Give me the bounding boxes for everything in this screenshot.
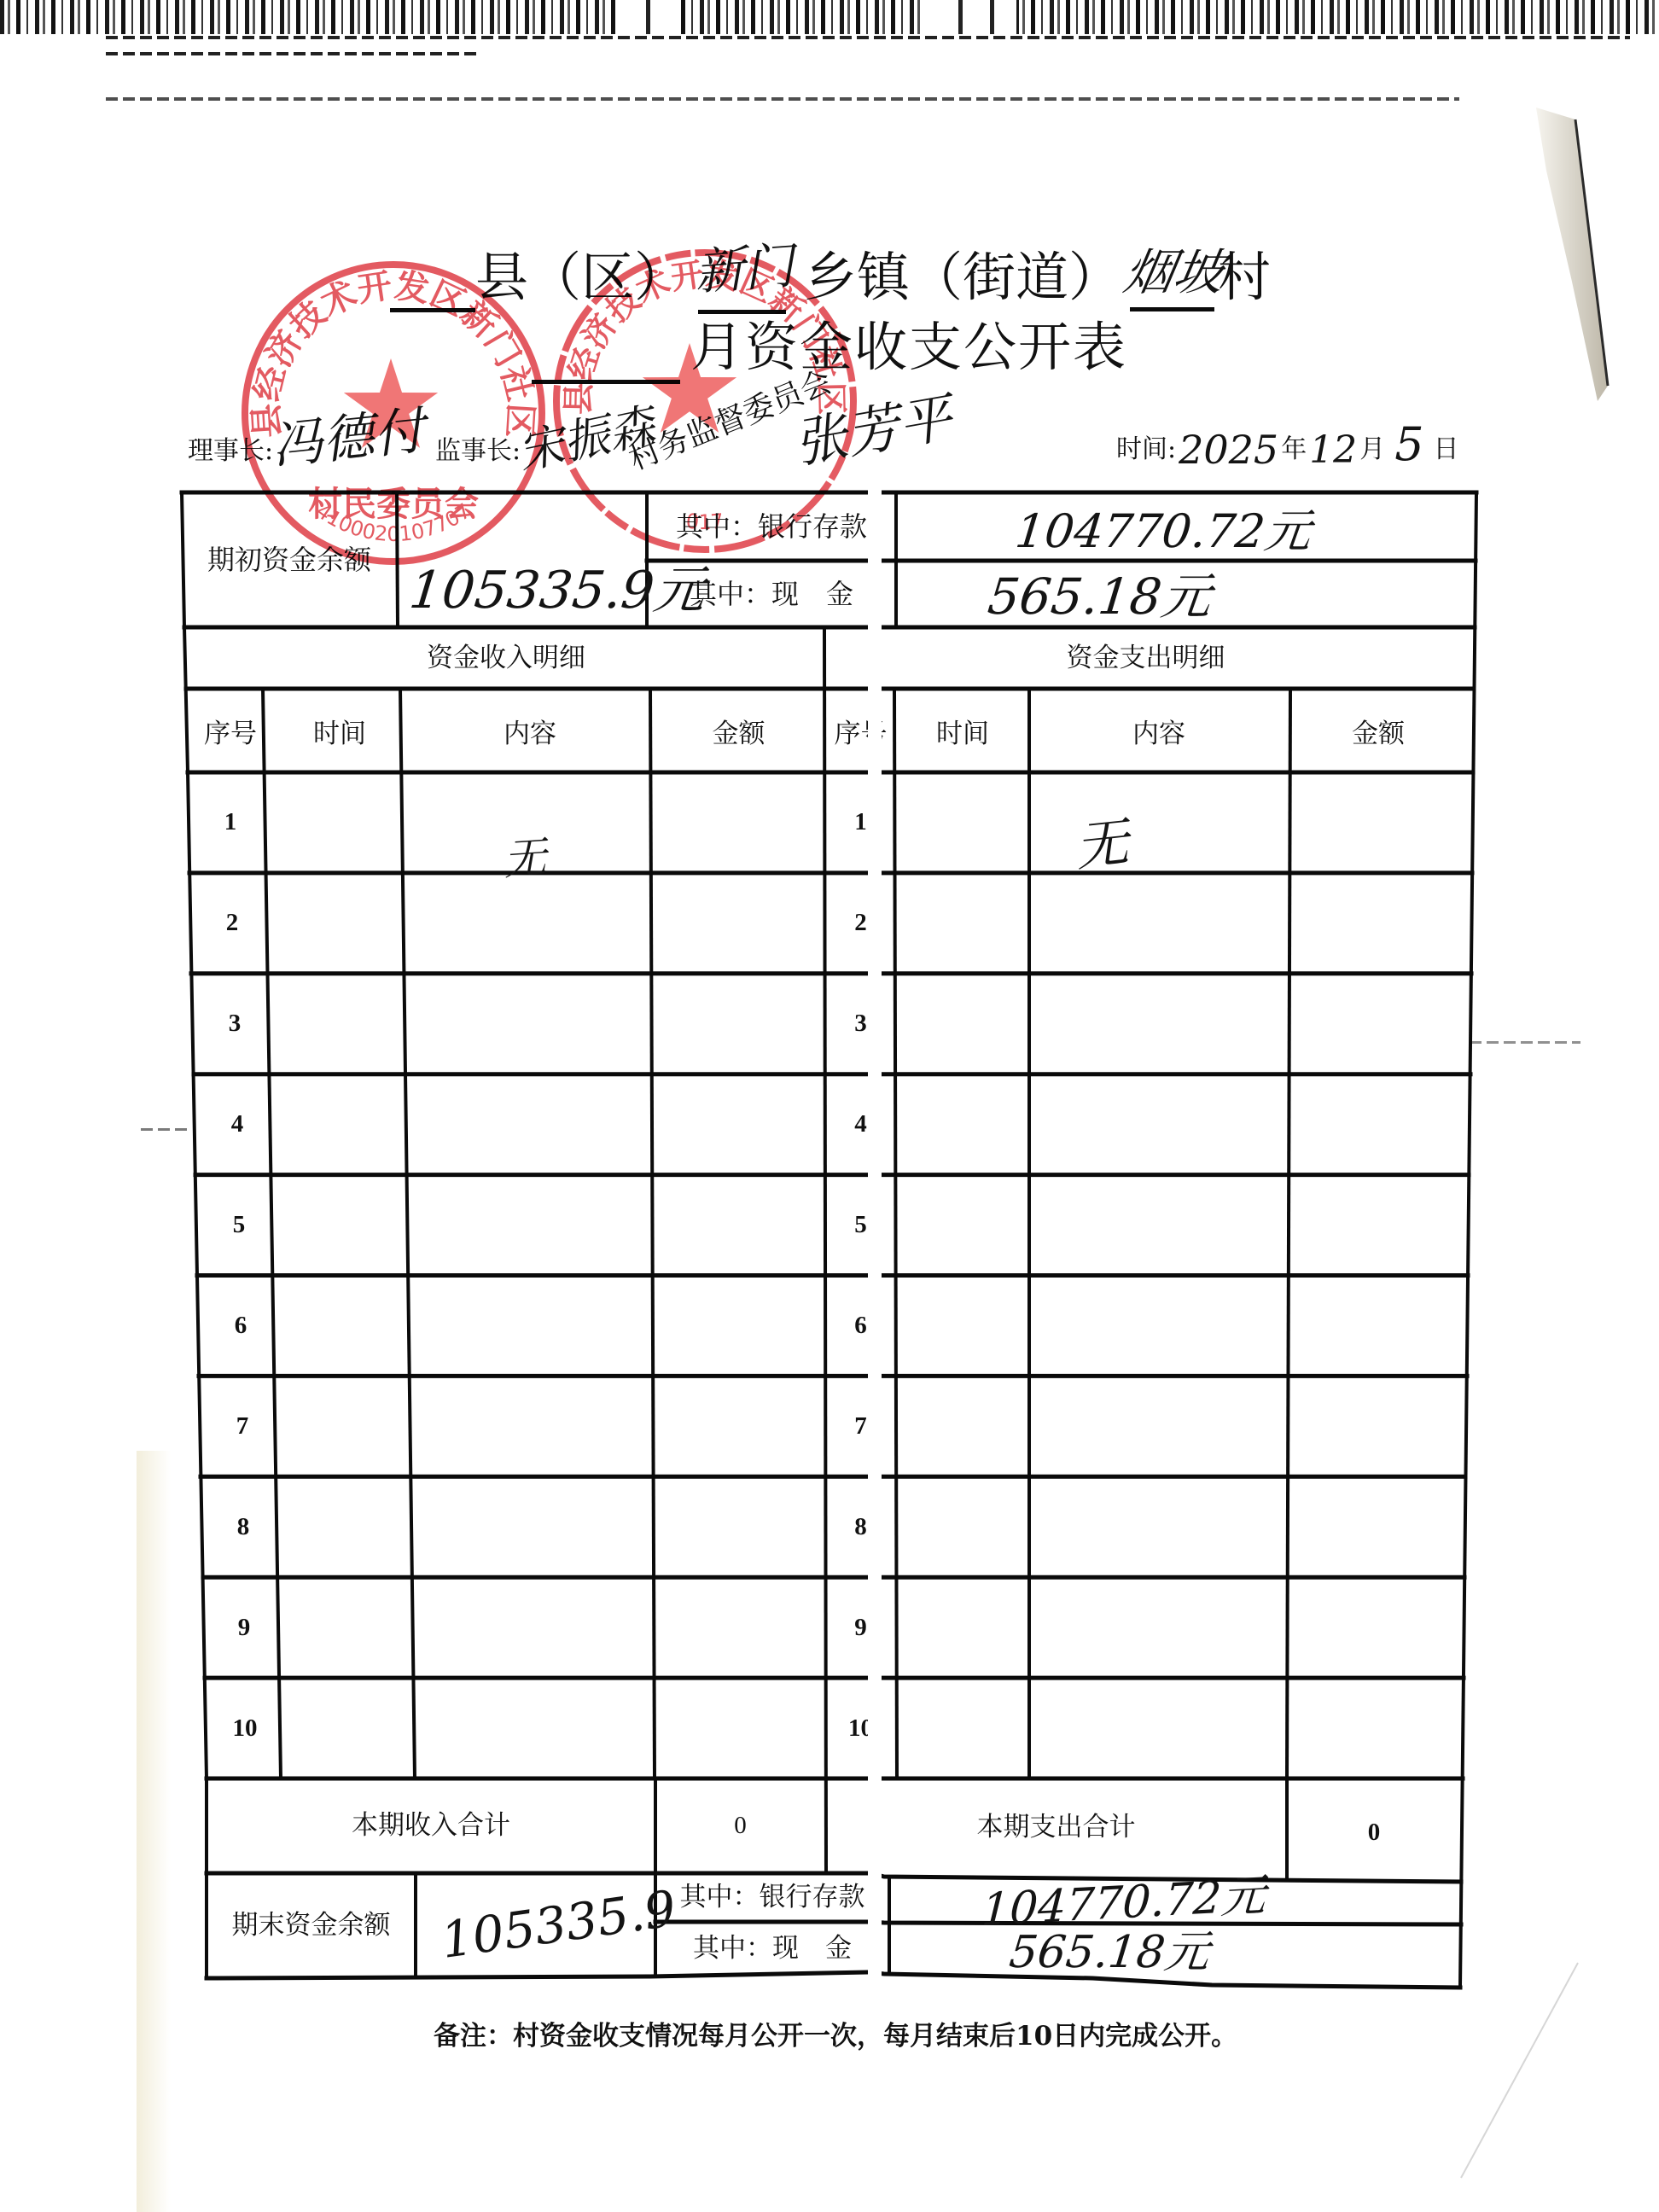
scan-artifact-dashed-line [106, 36, 1630, 39]
row-number: 3 [194, 974, 276, 1074]
row-content [420, 1376, 664, 1476]
row-amount [665, 1476, 838, 1577]
date-day-unit: 日 [1434, 437, 1459, 474]
row-time [896, 974, 1029, 1074]
row-content [415, 1074, 659, 1175]
row-content [1029, 873, 1289, 974]
row-time [282, 1276, 418, 1377]
opening-bank-label: 其中：银行存款 [647, 492, 896, 561]
expense-row: 8 [825, 1476, 1468, 1577]
row-content [422, 1577, 666, 1678]
date-year-unit: 年 [1281, 437, 1307, 474]
closing-bank-label: 其中：银行存款 [655, 1873, 889, 1922]
row-content [1029, 1678, 1289, 1778]
village-blank-underline [1130, 307, 1214, 311]
row-number: 5 [198, 1175, 280, 1276]
expense-row: 7 [825, 1376, 1468, 1476]
date-month: 12 [1309, 432, 1357, 474]
row-content [1029, 1476, 1289, 1577]
row-number: 7 [201, 1376, 283, 1476]
row-time [896, 1678, 1029, 1778]
income-row: 9 [203, 1577, 839, 1678]
row-content [416, 1175, 661, 1276]
row-time [896, 1476, 1029, 1577]
row-amount [652, 772, 825, 873]
row-content [418, 1276, 662, 1377]
row-number: 2 [825, 873, 896, 974]
row-amount [661, 1175, 834, 1276]
income-row: 7 [201, 1376, 837, 1476]
row-time [286, 1678, 422, 1778]
closing-cash-value: 565.18元 [1007, 1930, 1211, 1975]
expense-section-header: 资金支出明细 [824, 627, 1467, 689]
row-number: 6 [200, 1276, 282, 1377]
row-amount [664, 1376, 837, 1476]
row-amount [1289, 1276, 1468, 1377]
income-row: 4 [196, 1074, 832, 1175]
row-time [896, 1376, 1029, 1476]
row-content [1029, 1577, 1289, 1678]
scan-artifact-mark [1470, 1041, 1580, 1044]
scanned-document: 县（区） 新门 乡镇（街道） 烟坡 村 月资金收支公开表 理事长: 冯德付 监事… [0, 0, 1659, 2212]
income-column-headers: 序号 时间 内容 金额 [189, 689, 825, 772]
row-amount [1289, 1678, 1468, 1778]
column-header-amount: 金额 [1289, 689, 1468, 772]
scan-artifact-bar [646, 0, 650, 34]
row-amount [666, 1577, 839, 1678]
township-label: 乡镇（街道） [804, 251, 1121, 304]
income-row: 8 [202, 1476, 838, 1577]
row-amount [1289, 1074, 1468, 1175]
scan-artifact-dashed-line [106, 52, 476, 55]
row-content [1029, 1175, 1289, 1276]
scan-artifact-bar [958, 0, 963, 34]
row-number: 4 [825, 1074, 896, 1175]
date-year: 2025 [1179, 430, 1278, 474]
row-content [422, 1678, 667, 1778]
income-row: 3 [194, 974, 829, 1074]
income-section-header: 资金收入明细 [188, 627, 824, 689]
supervisor-label: 监事长: [435, 439, 521, 464]
income-total-value: 0 [655, 1778, 825, 1873]
row-amount [654, 873, 827, 974]
chairman-label: 理事长: [188, 439, 273, 464]
expense-column-headers: 序号 时间 内容 金额 [825, 689, 1468, 772]
date-field: 时间: 2025 年 12 月 5 日 [1116, 401, 1459, 474]
row-amount [1289, 1175, 1468, 1276]
village-handwritten: 烟坡 [1121, 247, 1228, 297]
opening-bank-value: 104770.72元 [1013, 509, 1313, 555]
date-day: 5 [1394, 422, 1423, 474]
income-row: 6 [200, 1276, 835, 1377]
row-number: 3 [825, 974, 896, 1074]
row-time [280, 1175, 416, 1276]
row-time [271, 772, 408, 873]
row-amount [656, 974, 829, 1074]
expense-row: 10 [825, 1678, 1468, 1778]
row-time [896, 1276, 1029, 1377]
income-row: 5 [198, 1175, 834, 1276]
expense-total-label: 本期支出合计 [825, 1778, 1287, 1876]
row-time [896, 1577, 1029, 1678]
expense-row: 2 [825, 873, 1468, 974]
expense-row: 5 [825, 1175, 1468, 1276]
expense-row: 6 [825, 1276, 1468, 1377]
township-blank-underline [698, 310, 786, 314]
row-content [412, 974, 656, 1074]
row-number: 4 [196, 1074, 278, 1175]
month-blank-underline [532, 380, 680, 384]
scan-artifact-top-strip [0, 0, 1659, 34]
row-content [1029, 1276, 1289, 1377]
column-header-content: 内容 [408, 689, 652, 772]
expense-row: 1 无 [825, 772, 1468, 873]
paper-left-edge [137, 1451, 171, 2212]
opening-cash-value: 565.18元 [986, 572, 1214, 621]
row-time [285, 1577, 422, 1678]
column-header-time: 时间 [271, 689, 408, 772]
scan-artifact-mark [141, 1128, 190, 1131]
income-row: 2 [191, 873, 827, 974]
township-handwritten: 新门 [693, 241, 795, 297]
village-label: 村 [1218, 251, 1271, 304]
column-header-no: 序号 [189, 689, 271, 772]
column-header-no: 序号 [825, 689, 896, 772]
row-time [896, 1074, 1029, 1175]
page-title: 月资金收支公开表 [690, 321, 1127, 374]
row-amount [1289, 873, 1468, 974]
row-number: 5 [825, 1175, 896, 1276]
row-number: 8 [825, 1476, 896, 1577]
row-number: 1 [189, 772, 271, 873]
closing-cash-label: 其中：现 金 [655, 1922, 889, 1975]
row-time [276, 974, 412, 1074]
row-number: 10 [204, 1678, 286, 1778]
expense-row: 4 [825, 1074, 1468, 1175]
column-header-time: 时间 [896, 689, 1029, 772]
date-month-unit: 月 [1359, 437, 1385, 474]
row-amount [1289, 1476, 1468, 1577]
row-number: 7 [825, 1376, 896, 1476]
row-amount [1289, 1577, 1468, 1678]
closing-balance-total: 105335.9 [438, 1883, 678, 1965]
row-content [1029, 1074, 1289, 1175]
row-number: 8 [202, 1476, 284, 1577]
county-label: 县（区） [475, 251, 687, 304]
row-time [284, 1476, 421, 1577]
opening-cash-label: 其中：现 金 [647, 561, 896, 627]
row-amount [1289, 1376, 1468, 1476]
closing-bank-value: 104770.72元 [981, 1873, 1266, 1933]
county-blank-underline [390, 308, 475, 312]
row-amount [659, 1074, 832, 1175]
column-header-content: 内容 [1029, 689, 1289, 772]
row-amount [667, 1678, 840, 1778]
row-amount [1289, 772, 1468, 873]
row-amount [662, 1276, 835, 1377]
scan-artifact-gap [921, 0, 1016, 34]
row-time [283, 1376, 420, 1476]
income-row: 1 无 [189, 772, 825, 873]
row-amount [1289, 974, 1468, 1074]
scan-artifact-dashed-line [106, 97, 1459, 101]
income-row: 10 [204, 1678, 840, 1778]
income-total-label: 本期收入合计 [207, 1778, 655, 1873]
row-number: 9 [825, 1577, 896, 1678]
row-number: 9 [203, 1577, 285, 1678]
row-time [896, 1175, 1029, 1276]
closing-balance-label: 期末资金余额 [207, 1873, 416, 1977]
row-content [1029, 974, 1289, 1074]
column-header-amount: 金额 [652, 689, 825, 772]
row-number: 6 [825, 1276, 896, 1377]
expense-row: 9 [825, 1577, 1468, 1678]
date-label: 时间: [1116, 437, 1176, 474]
row-time [273, 873, 410, 974]
row-number: 1 [825, 772, 896, 873]
row-number: 10 [825, 1678, 896, 1778]
row-time [896, 873, 1029, 974]
opening-balance-label: 期初资金余额 [182, 492, 397, 627]
footnote: 备注：村资金收支情况每月公开一次，每月结束后10日内完成公开。 [434, 2014, 1237, 2052]
row-content [410, 873, 654, 974]
scan-fold-seam [868, 485, 882, 1995]
chairman-signature: 冯德付 [269, 405, 427, 472]
expense-total-value: 0 [1287, 1784, 1461, 1882]
row-number: 2 [191, 873, 273, 974]
row-time [278, 1074, 415, 1175]
expense-row: 3 [825, 974, 1468, 1074]
row-content [1029, 1376, 1289, 1476]
scan-artifact-bar [990, 0, 994, 34]
row-content [421, 1476, 665, 1577]
